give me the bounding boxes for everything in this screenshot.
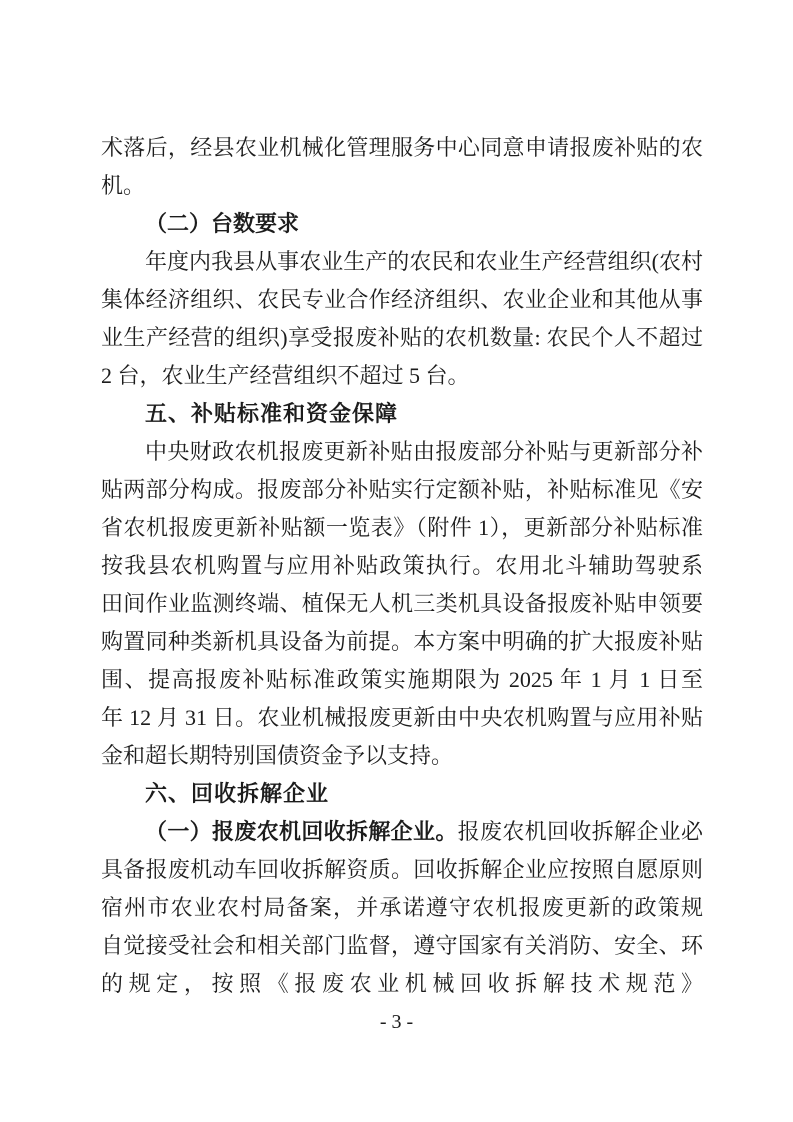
document-page: 术落后，经县农业机械化管理服务中心同意申请报废补贴的农 机。 （二）台数要求 年… — [0, 0, 793, 1122]
text-line: 贴两部分构成。报废部分补贴实行定额补贴，补贴标准见《安徽 — [101, 471, 703, 509]
text-line: 年度内我县从事农业生产的农民和农业生产经营组织(农村 — [101, 243, 703, 281]
text-line: 自觉接受社会和相关部门监督，遵守国家有关消防、安全、环保 — [101, 927, 703, 965]
text-line: 年 12 月 31 日。农业机械报废更新由中央农机购置与应用补贴资 — [101, 699, 703, 737]
page-number: - 3 - — [0, 1008, 793, 1036]
text-line: 按我县农机购置与应用补贴政策执行。农用北斗辅助驾驶系统、 — [101, 547, 703, 585]
text-line: 机。 — [101, 167, 703, 205]
subheading-taishu-yaoqiu: （二）台数要求 — [101, 205, 703, 243]
text-line: 术落后，经县农业机械化管理服务中心同意申请报废补贴的农 — [101, 129, 703, 167]
text-line: 的规定，按照《报废农业机械回收拆解技术规范》 — [101, 965, 703, 1003]
text-line: 购置同种类新机具设备为前提。本方案中明确的扩大报废补贴范 — [101, 623, 703, 661]
text-line: 金和超长期特别国债资金予以支持。 — [101, 737, 703, 775]
text-line: （一）报废农机回收拆解企业。报废农机回收拆解企业必须 — [101, 813, 703, 851]
text-line: 省农机报废更新补贴额一览表》（附件 1），更新部分补贴标准 — [101, 509, 703, 547]
text-line: 宿州市农业农村局备案，并承诺遵守农机报废更新的政策规定， — [101, 889, 703, 927]
text-line: 业生产经营的组织)享受报废补贴的农机数量: 农民个人不超过 — [101, 319, 703, 357]
subheading-baofei-nongji-bold: （一）报废农机回收拆解企业。 — [145, 819, 458, 844]
heading-5-butie-biaozhun: 五、补贴标准和资金保障 — [101, 395, 703, 433]
document-body: 术落后，经县农业机械化管理服务中心同意申请报废补贴的农 机。 （二）台数要求 年… — [101, 129, 703, 1003]
text-line: 2 台，农业生产经营组织不超过 5 台。 — [101, 357, 703, 395]
text-line: 围、提高报废补贴标准政策实施期限为 2025 年 1 月 1 日至 2025 — [101, 661, 703, 699]
heading-6-huishou-chaijie: 六、回收拆解企业 — [101, 775, 703, 813]
text-line: 具备报废机动车回收拆解资质。回收拆解企业应按照自愿原则到 — [101, 851, 703, 889]
text-line: 集体经济组织、农民专业合作经济组织、农业企业和其他从事农 — [101, 281, 703, 319]
text-line: 中央财政农机报废更新补贴由报废部分补贴与更新部分补 — [101, 433, 703, 471]
text-line: 田间作业监测终端、植保无人机三类机具设备报废补贴申领要以 — [101, 585, 703, 623]
